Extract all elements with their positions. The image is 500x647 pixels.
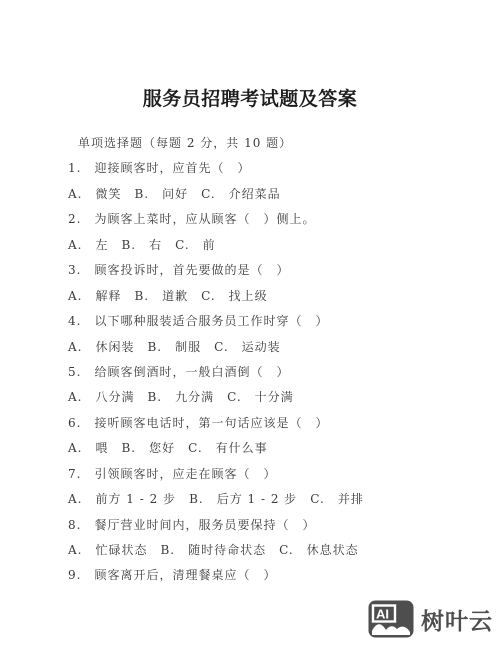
question-6-options: A. 喂 B. 您好 C. 有什么事 <box>68 436 480 461</box>
document-page: 服务员招聘考试题及答案 单项选择题（每题 2 分，共 10 题） 1. 迎接顾客… <box>0 0 500 647</box>
question-8-options: A. 忙碌状态 B. 随时待命状态 C. 休息状态 <box>68 538 480 563</box>
question-7: 7. 引领顾客时，应走在顾客（ ） <box>68 462 480 487</box>
watermark-brand-text: 树叶云 <box>421 603 493 636</box>
question-6: 6. 接听顾客电话时，第一句话应该是（ ） <box>68 411 480 436</box>
question-8: 8. 餐厅营业时间内，服务员要保持（ ） <box>68 513 480 538</box>
question-list: 单项选择题（每题 2 分，共 10 题） 1. 迎接顾客时，应首先（ ） A. … <box>68 131 480 589</box>
question-5-options: A. 八分满 B. 九分满 C. 十分满 <box>68 385 480 410</box>
ai-icon-label: AI <box>376 607 389 622</box>
watermark-logo: AI 树叶云 <box>368 600 493 638</box>
question-1-options: A. 微笑 B. 问好 C. 介绍菜品 <box>68 182 480 207</box>
question-4-options: A. 休闲装 B. 制服 C. 运动装 <box>68 335 480 360</box>
question-2: 2. 为顾客上菜时，应从顾客（ ）侧上。 <box>68 207 480 232</box>
question-7-options: A. 前方 1 - 2 步 B. 后方 1 - 2 步 C. 并排 <box>68 487 480 512</box>
question-9: 9. 顾客离开后，清理餐桌应（ ） <box>68 563 480 588</box>
question-1: 1. 迎接顾客时，应首先（ ） <box>68 156 480 181</box>
question-4: 4. 以下哪种服装适合服务员工作时穿（ ） <box>68 309 480 334</box>
question-5: 5. 给顾客倒酒时，一般白酒倒（ ） <box>68 360 480 385</box>
question-3: 3. 顾客投诉时，首先要做的是（ ） <box>68 258 480 283</box>
document-title: 服务员招聘考试题及答案 <box>0 84 500 111</box>
section-header: 单项选择题（每题 2 分，共 10 题） <box>68 131 480 156</box>
question-3-options: A. 解释 B. 道歉 C. 找上级 <box>68 284 480 309</box>
question-2-options: A. 左 B. 右 C. 前 <box>68 233 480 258</box>
ai-image-icon: AI <box>368 600 414 638</box>
